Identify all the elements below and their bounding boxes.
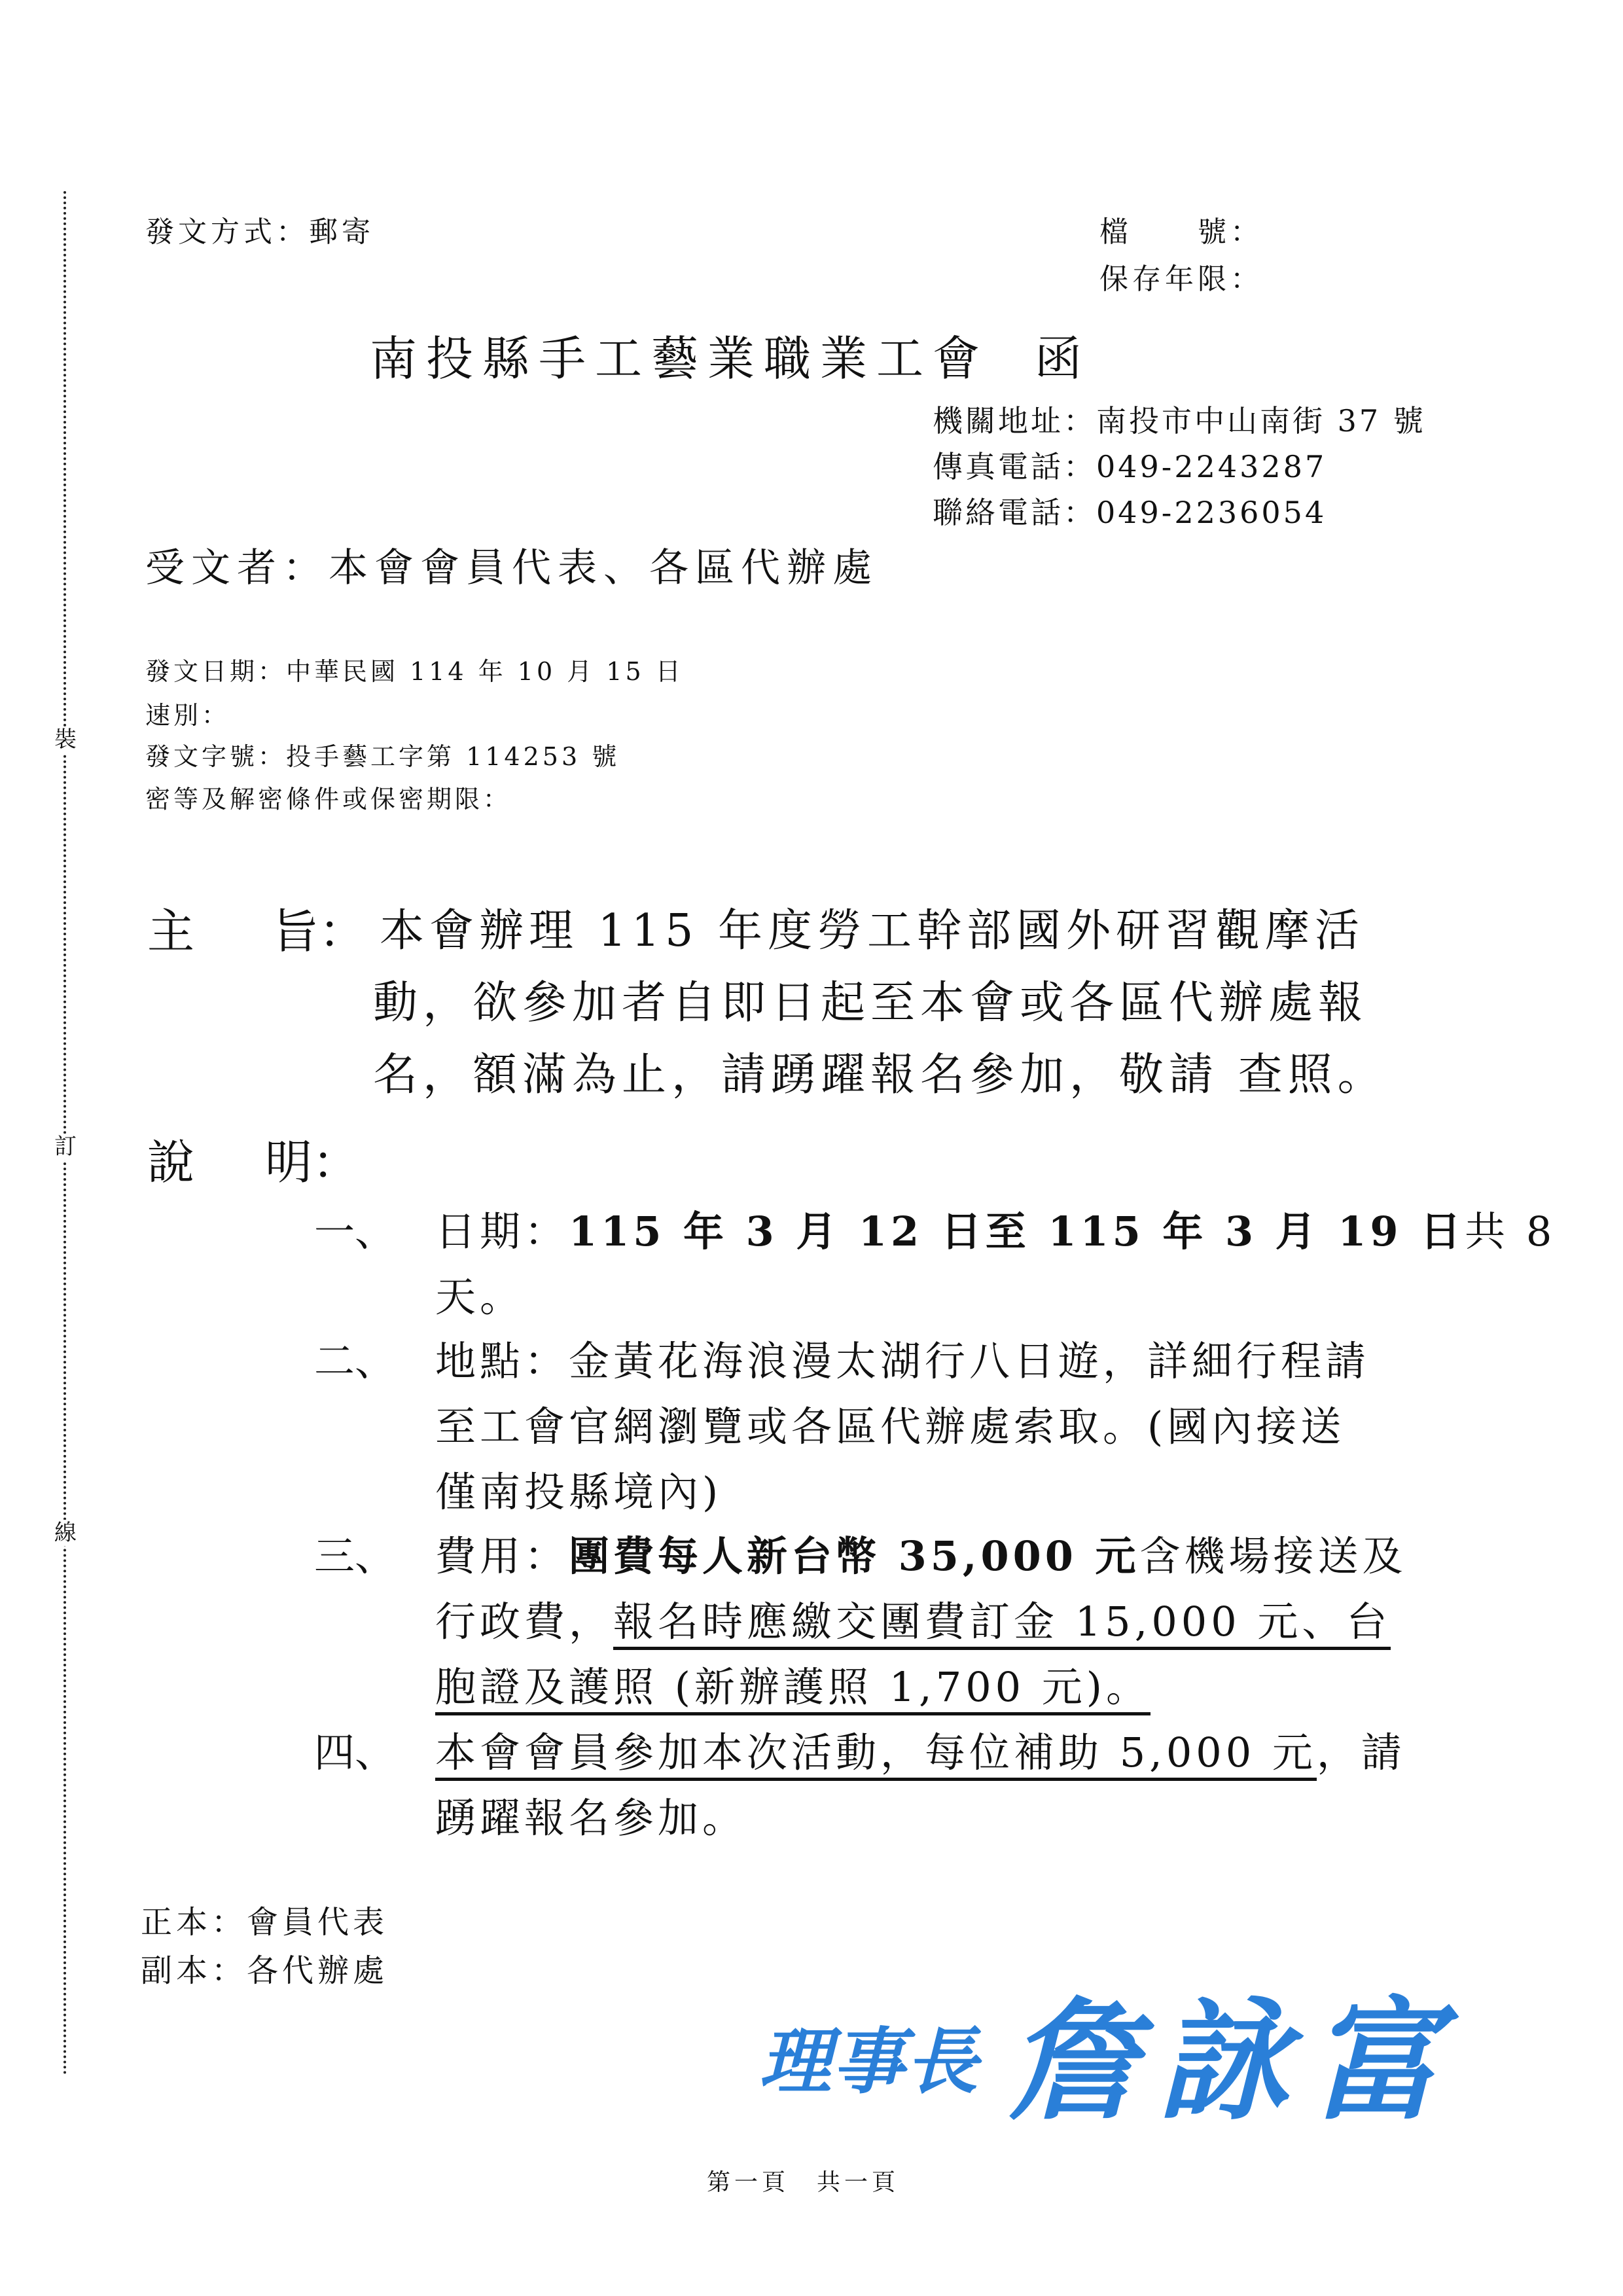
item-3-line-3: 胞證及護照 (新辦護照 1,700 元)。: [435, 1655, 1150, 1713]
item-1-tail: 共 8: [1465, 1208, 1556, 1255]
item-4-subsidy-note: 本會會員參加本次活動，每位補助 5,000 元: [435, 1729, 1317, 1781]
binding-char-xian: 線: [51, 1520, 80, 1546]
subject-line-3: 名，額滿為止，請踴躍報名參加，敬請 查照。: [373, 1039, 1387, 1103]
item-3-number: 三、: [314, 1524, 395, 1582]
explanation-label-1: 說: [147, 1124, 194, 1193]
recipient: 受文者：本會會員代表、各區代辦處: [145, 537, 878, 593]
item-3-tail: 含機場接送及: [1139, 1532, 1406, 1580]
original-copy: 正本：會員代表: [141, 1897, 388, 1942]
duplicate-copy: 副本：各代辦處: [141, 1945, 388, 1990]
document-title: 南投縣手工藝業職業工會函: [370, 321, 1091, 389]
item-1-date-range: 115 年 3 月 12 日至 115 年 3 月 19 日: [569, 1208, 1465, 1255]
file-number: 檔 號：: [1099, 208, 1263, 250]
document-number: 發文字號：投手藝工字第 114253 號: [145, 736, 620, 772]
item-4-number: 四、: [314, 1720, 395, 1778]
document-type: 函: [1035, 331, 1091, 386]
address: 機關地址：南投市中山南街 37 號: [933, 398, 1426, 444]
subject-label-1: 主: [147, 893, 194, 961]
item-4-line-2: 踴躍報名參加。: [435, 1785, 747, 1844]
binding-char-zhuang: 裝: [51, 726, 80, 753]
contact-block: 機關地址：南投市中山南街 37 號 傳真電話：049-2243287 聯絡電話：…: [933, 398, 1426, 535]
phone-number: 聯絡電話：049-2236054: [933, 490, 1426, 535]
item-2-line-2: 至工會官網瀏覽或各區代辦處索取。(國內接送: [435, 1394, 1345, 1452]
secrecy-level: 密等及解密條件或保密期限：: [145, 779, 511, 815]
dispatch-method: 發文方式：郵寄: [145, 208, 374, 250]
item-4-tail: ，請: [1317, 1729, 1406, 1776]
subject-label-2: 旨：: [272, 893, 366, 961]
subject-line-2: 動，欲參加者自即日起至本會或各區代辦處報: [373, 967, 1368, 1031]
item-1-line-2: 天。: [435, 1265, 524, 1323]
item-3-line-2-head: 行政費，: [435, 1598, 613, 1645]
item-3-fee: 團費每人新台幣 35,000 元: [569, 1532, 1139, 1580]
item-3-label: 費用：: [435, 1532, 569, 1580]
item-3-deposit-note: 報名時應繳交團費訂金 15,000 元、台: [613, 1598, 1391, 1650]
item-3-line-2: 行政費，報名時應繳交團費訂金 15,000 元、台: [435, 1589, 1391, 1647]
item-3-passport-note: 胞證及護照 (新辦護照 1,700 元)。: [435, 1663, 1150, 1715]
page-number: 第一頁 共一頁: [707, 2164, 899, 2197]
item-4-line-1: 本會會員參加本次活動，每位補助 5,000 元，請: [435, 1720, 1406, 1778]
item-1-number: 一、: [314, 1199, 395, 1257]
fax-number: 傳真電話：049-2243287: [933, 444, 1426, 490]
subject-line-1: 本會辦理 115 年度勞工幹部國外研習觀摩活: [380, 895, 1364, 959]
explanation-label-2: 明：: [265, 1124, 359, 1193]
signature-name-stamp: 詹詠富: [1008, 1957, 1459, 2145]
organization-name: 南投縣手工藝業職業工會: [370, 331, 989, 386]
binding-char-ding: 訂: [51, 1134, 80, 1160]
item-2-line-1: 地點：金黃花海浪漫太湖行八日遊，詳細行程請: [435, 1329, 1370, 1387]
issue-date: 發文日期：中華民國 114 年 10 月 15 日: [145, 651, 684, 687]
signature-title-stamp: 理事長: [759, 2004, 979, 2108]
item-3-line-1: 費用：團費每人新台幣 35,000 元含機場接送及: [435, 1524, 1407, 1582]
retention-period: 保存年限：: [1099, 255, 1263, 297]
item-2-number: 二、: [314, 1329, 395, 1387]
speed-class: 速別：: [145, 695, 230, 731]
item-2-line-3: 僅南投縣境內): [435, 1460, 722, 1518]
item-1-line-1: 日期：115 年 3 月 12 日至 115 年 3 月 19 日共 8: [435, 1199, 1556, 1257]
item-1-label: 日期：: [435, 1208, 569, 1255]
